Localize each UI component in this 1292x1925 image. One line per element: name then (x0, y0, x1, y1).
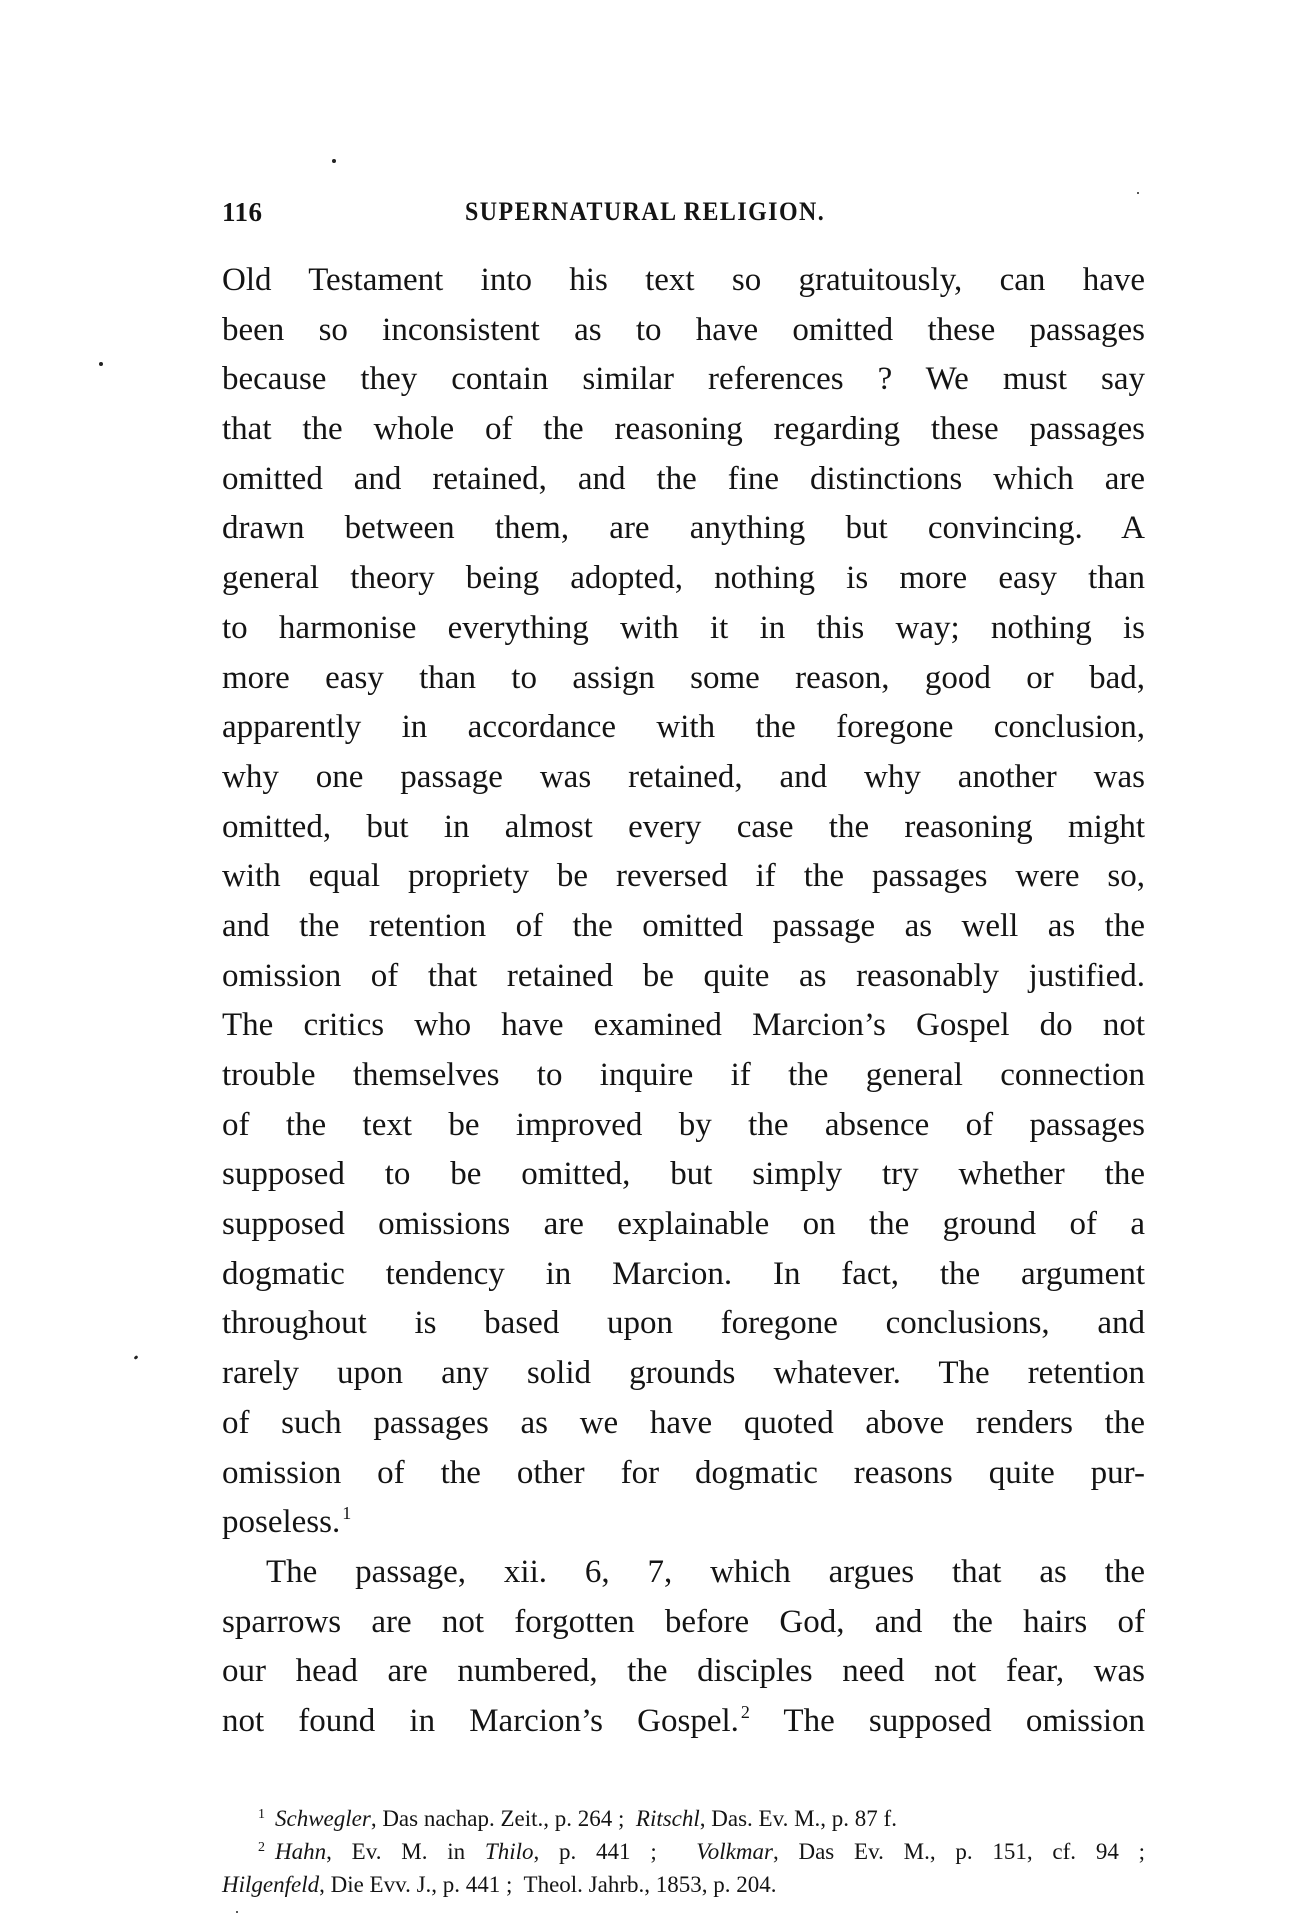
text-line: because they contain similar references … (222, 355, 1145, 405)
cited-author: Schwegler (275, 1806, 371, 1831)
text-line: drawn between them, are anything but con… (222, 504, 1145, 554)
text-line: our head are numbered, the disciples nee… (222, 1647, 1145, 1697)
text-line: dogmatic tendency in Marcion. In fact, t… (222, 1250, 1145, 1300)
paragraph-2: The passage, xii. 6, 7, which argues tha… (222, 1548, 1145, 1747)
footnotes: 1Schwegler, Das nachap. Zeit., p. 264 ; … (222, 1802, 1145, 1901)
text-line: omission of that retained be quite as re… (222, 952, 1145, 1002)
footnote-2: 2Hahn, Ev. M. in Thilo, p. 441 ; Volkmar… (222, 1835, 1145, 1868)
citation-text: , Das nachap. Zeit., p. 264 ; (371, 1806, 636, 1831)
print-speck (134, 1355, 139, 1360)
cited-author: Hilgenfeld (222, 1872, 319, 1897)
text-line: sparrows are not forgotten before God, a… (222, 1598, 1145, 1648)
footnote-marker: 2 (258, 1840, 265, 1855)
print-speck (332, 159, 336, 163)
text-line: trouble themselves to inquire if the gen… (222, 1051, 1145, 1101)
text-line: why one passage was retained, and why an… (222, 753, 1145, 803)
text-fragment: The supposed omission (783, 1703, 1145, 1739)
text-line: The critics who have examined Marcion’s … (222, 1001, 1145, 1051)
footnote-1: 1Schwegler, Das nachap. Zeit., p. 264 ; … (222, 1802, 1145, 1835)
text-line: and the retention of the omitted passage… (222, 902, 1145, 952)
cited-author: Hahn (275, 1839, 326, 1864)
citation-text: , Das Ev. M., p. 151, cf. 94 ; (773, 1839, 1145, 1864)
text-fragment: not found in Marcion’s Gospel. (222, 1703, 739, 1739)
text-fragment: poseless. (222, 1504, 340, 1540)
text-line: throughout is based upon foregone conclu… (222, 1299, 1145, 1349)
footnote-reference[interactable]: 2 (741, 1702, 750, 1722)
cited-author: Volkmar (696, 1839, 773, 1864)
print-speck (99, 362, 103, 366)
text-line: omitted, but in almost every case the re… (222, 803, 1145, 853)
text-line: rarely upon any solid grounds whatever. … (222, 1349, 1145, 1399)
citation-text: , Das. Ev. M., p. 87 f. (700, 1806, 897, 1831)
text-line: more easy than to assign some reason, go… (222, 654, 1145, 704)
running-head: 116 SUPERNATURAL RELIGION. (222, 196, 1145, 228)
cited-author: Ritschl (636, 1806, 700, 1831)
text-line: omission of the other for dogmatic reaso… (222, 1449, 1145, 1499)
text-line: to harmonise everything with it in this … (222, 604, 1145, 654)
text-line: of such passages as we have quoted above… (222, 1399, 1145, 1449)
body-text: Old Testament into his text so gratuitou… (222, 256, 1145, 1747)
cited-author: Thilo (485, 1839, 534, 1864)
text-line: not found in Marcion’s Gospel.2 The supp… (222, 1697, 1145, 1747)
citation-text: , p. 441 ; (533, 1839, 696, 1864)
text-line: Old Testament into his text so gratuitou… (222, 256, 1145, 306)
print-speck (1137, 192, 1139, 194)
footnote-2-continuation: Hilgenfeld, Die Evv. J., p. 441 ; Theol.… (222, 1868, 1145, 1901)
running-head-title: SUPERNATURAL RELIGION. (465, 196, 825, 228)
citation-text: , Ev. M. in (326, 1839, 485, 1864)
citation-text: , Die Evv. J., p. 441 ; Theol. Jahrb., 1… (319, 1872, 776, 1897)
text-line: that the whole of the reasoning regardin… (222, 405, 1145, 455)
paragraph-1: Old Testament into his text so gratuitou… (222, 256, 1145, 1548)
text-line: omitted and retained, and the fine disti… (222, 455, 1145, 505)
text-line: of the text be improved by the absence o… (222, 1101, 1145, 1151)
print-speck (236, 1911, 238, 1913)
text-line: been so inconsistent as to have omitted … (222, 306, 1145, 356)
book-page: 116 SUPERNATURAL RELIGION. Old Testament… (0, 0, 1292, 1925)
page-number: 116 (222, 196, 263, 228)
text-line: The passage, xii. 6, 7, which argues tha… (222, 1548, 1145, 1598)
text-line: apparently in accordance with the forego… (222, 703, 1145, 753)
footnote-reference[interactable]: 1 (342, 1503, 351, 1523)
footnote-marker: 1 (258, 1807, 265, 1822)
text-line: supposed to be omitted, but simply try w… (222, 1150, 1145, 1200)
text-line: poseless.1 (222, 1498, 1145, 1548)
text-line: general theory being adopted, nothing is… (222, 554, 1145, 604)
text-line: with equal propriety be reversed if the … (222, 852, 1145, 902)
text-line: supposed omissions are explainable on th… (222, 1200, 1145, 1250)
